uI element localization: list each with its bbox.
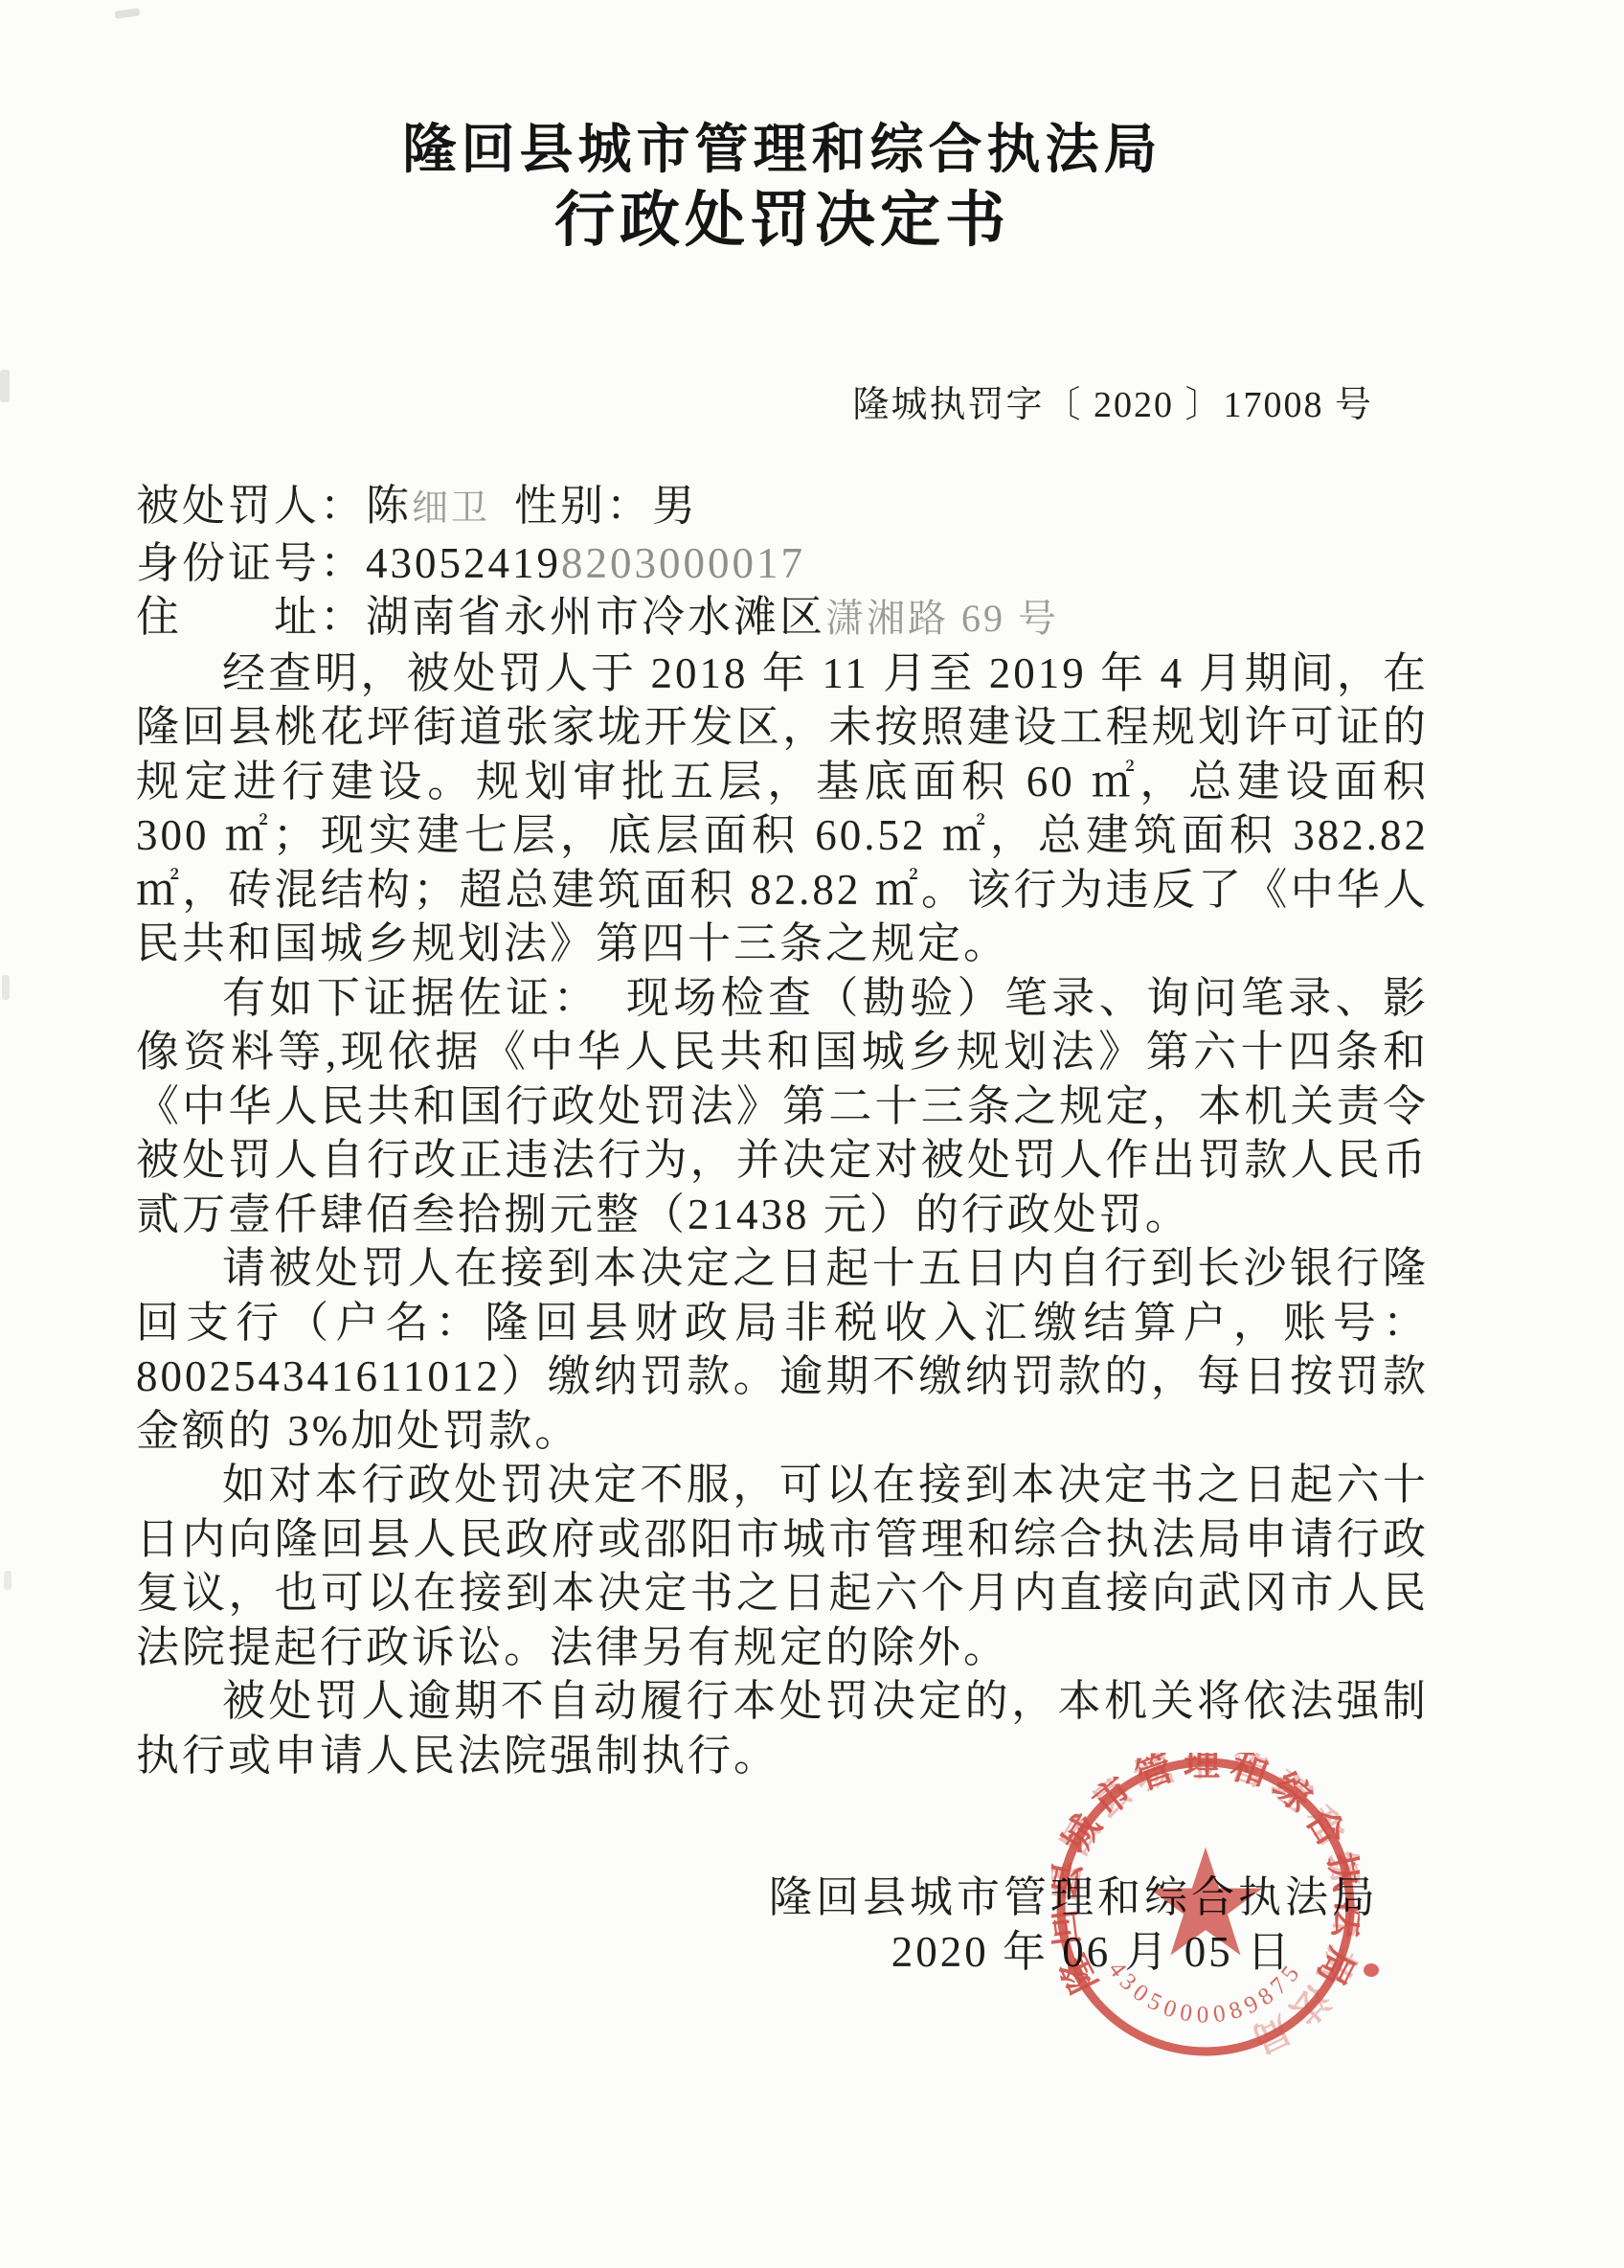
scanned-document-page: 隆回县城市管理和综合执法局 行政处罚决定书 隆城执罚字〔 2020 〕17008…	[0, 0, 1624, 2268]
scan-artifact	[0, 370, 10, 402]
document-title: 行政处罚决定书	[136, 184, 1429, 257]
scan-artifact	[2, 975, 10, 1000]
agency-title: 隆回县城市管理和综合执法局	[136, 117, 1429, 184]
seal-star-icon	[1149, 1848, 1263, 1956]
address-value-faded: 潇湘路 69 号	[825, 597, 1059, 640]
paragraph-evidence-decision: 有如下证据佐证： 现场检查（勘验）笔录、询问笔录、影像资料等,现依据《中华人民共…	[136, 971, 1429, 1242]
id-value-faded: 8203000017	[561, 539, 805, 587]
punished-person-line: 被处罚人：陈细卫 性别：男	[136, 479, 1429, 536]
scan-artifact	[4, 1571, 11, 1590]
document-number: 隆城执罚字〔 2020 〕17008 号	[136, 381, 1429, 429]
paragraph-appeal: 如对本行政处罚决定不服，可以在接到本决定书之日起六十日内向隆回县人民政府或邵阳市…	[136, 1458, 1429, 1674]
address-value: 湖南省永州市冷水滩区	[366, 593, 825, 641]
address-line: 住 址：湖南省永州市冷水滩区潇湘路 69 号	[136, 590, 1429, 646]
id-number-line: 身份证号：430524198203000017	[136, 536, 1429, 591]
paragraph-findings: 经查明，被处罚人于 2018 年 11 月至 2019 年 4 月期间，在隆回县…	[136, 646, 1429, 971]
punished-person-name-faded: 细卫	[412, 488, 490, 529]
id-value: 43052419	[366, 539, 561, 587]
ink-dot-artifact	[1364, 1963, 1379, 1977]
id-label: 身份证号：	[136, 539, 366, 587]
punished-person-name: 陈	[366, 482, 412, 530]
address-label: 住 址：	[136, 593, 366, 641]
gender-value: 男	[652, 482, 698, 530]
gender-label: 性别：	[514, 482, 652, 530]
gender-line: 性别：男	[514, 479, 698, 533]
official-seal: 隆回县城市管理和综合执法局 隆回县城市管理和综合执法局 430500008987…	[1051, 1753, 1360, 2061]
paragraph-payment: 请被处罚人在接到本决定之日起十五日内自行到长沙银行隆回支行（户名：隆回县财政局非…	[136, 1241, 1429, 1458]
punished-person-label: 被处罚人：	[136, 482, 366, 530]
document-content: 隆回县城市管理和综合执法局 行政处罚决定书 隆城执罚字〔 2020 〕17008…	[136, 117, 1429, 1979]
scan-artifact	[115, 8, 141, 19]
party-info-block: 被处罚人：陈细卫 性别：男 身份证号：430524198203000017 住 …	[136, 479, 1429, 646]
